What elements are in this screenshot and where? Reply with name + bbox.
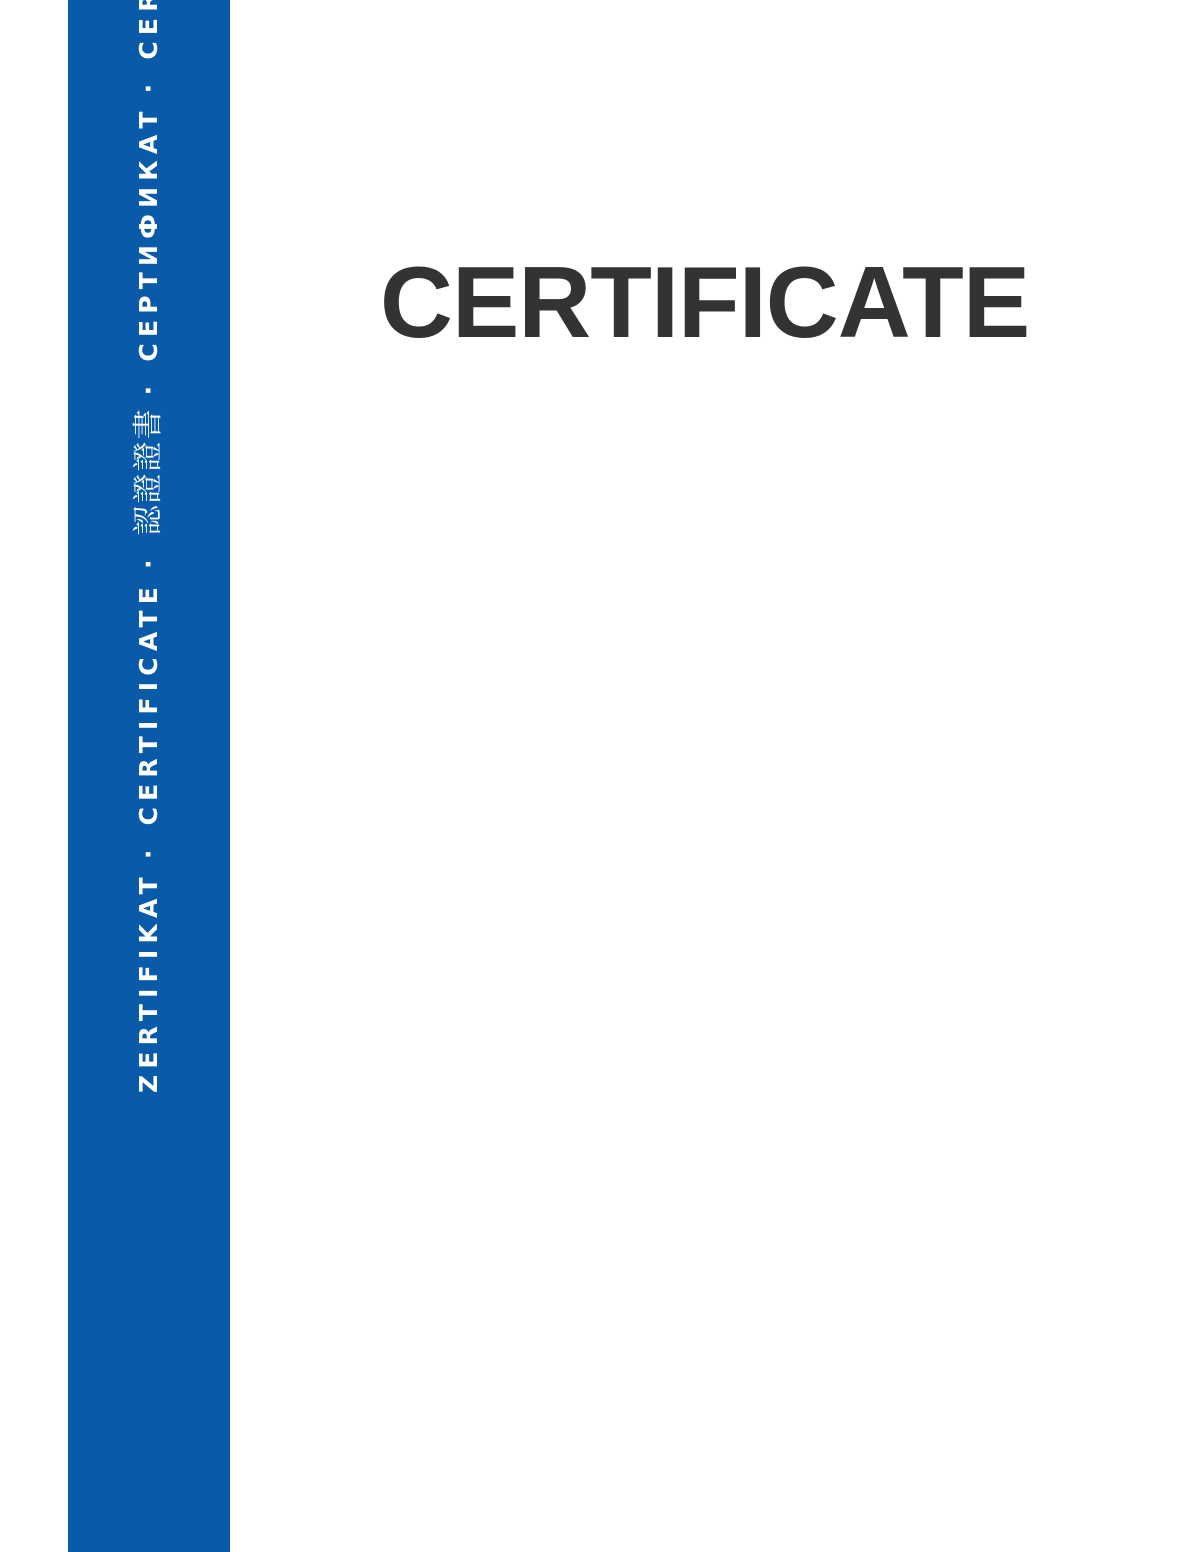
band-label-german: ZERTIFIKAT <box>133 871 165 1093</box>
band-label-chinese: 認證證書 <box>133 407 165 535</box>
band-separator: · <box>133 362 165 408</box>
band-label-english: CERTIFICATE <box>133 581 165 825</box>
band-separator: · <box>133 535 165 581</box>
band-label-russian: СЕРТИФИКАТ <box>133 105 165 361</box>
band-label-spanish: CERTIFICADO <box>133 0 165 60</box>
band-separator: · <box>133 825 165 871</box>
band-separator: · <box>133 60 165 106</box>
page-title: CERTIFICATE <box>380 248 1050 358</box>
multilingual-band-text: ZERTIFIKAT · CERTIFICATE · 認證證書 · СЕРТИФ… <box>133 0 165 1093</box>
